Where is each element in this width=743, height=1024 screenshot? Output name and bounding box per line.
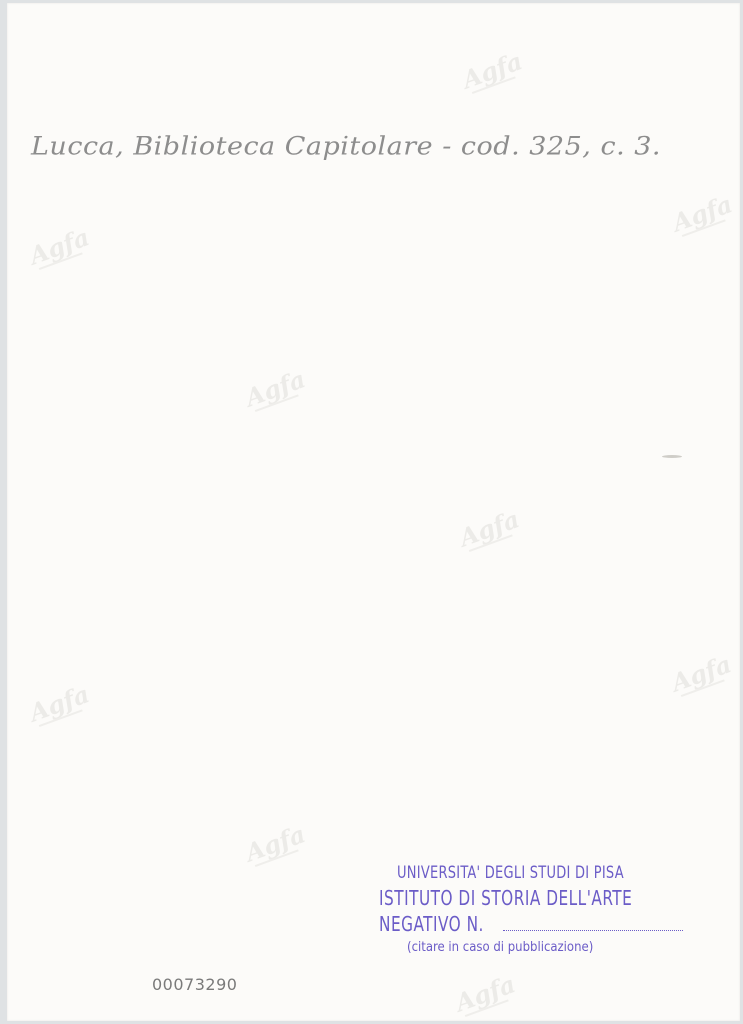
agfa-watermark: Agfa (25, 223, 87, 273)
agfa-watermark: Agfa (241, 365, 303, 415)
agfa-watermark: Agfa (241, 820, 303, 870)
agfa-watermark: Agfa (668, 190, 730, 240)
agfa-watermark: Agfa (451, 970, 513, 1020)
stamp-negative-label: NEGATIVO N. (379, 911, 481, 937)
stamp-citation-note: (citare in caso di pubblicazione) (407, 937, 699, 959)
stamp-negative-line: NEGATIVO N. (379, 911, 699, 937)
stamp-university: UNIVERSITA' DEGLI STUDI DI PISA (397, 861, 654, 885)
handwritten-caption: Lucca, Biblioteca Capitolare - cod. 325,… (31, 132, 651, 161)
agfa-watermark: Agfa (458, 47, 520, 97)
agfa-watermark: Agfa (667, 650, 729, 700)
stamp-institute: ISTITUTO DI STORIA DELL'ARTE (379, 885, 651, 911)
mark-smudge (662, 455, 682, 458)
photo-verso-sheet: Agfa Agfa Agfa Agfa Agfa Agfa Agfa Agfa … (7, 3, 740, 1021)
negative-number-blank (503, 930, 683, 931)
agfa-watermark: Agfa (455, 505, 517, 555)
archive-number: 00073290 (152, 975, 237, 994)
agfa-watermark: Agfa (25, 680, 87, 730)
institute-stamp: UNIVERSITA' DEGLI STUDI DI PISA ISTITUTO… (379, 861, 699, 959)
